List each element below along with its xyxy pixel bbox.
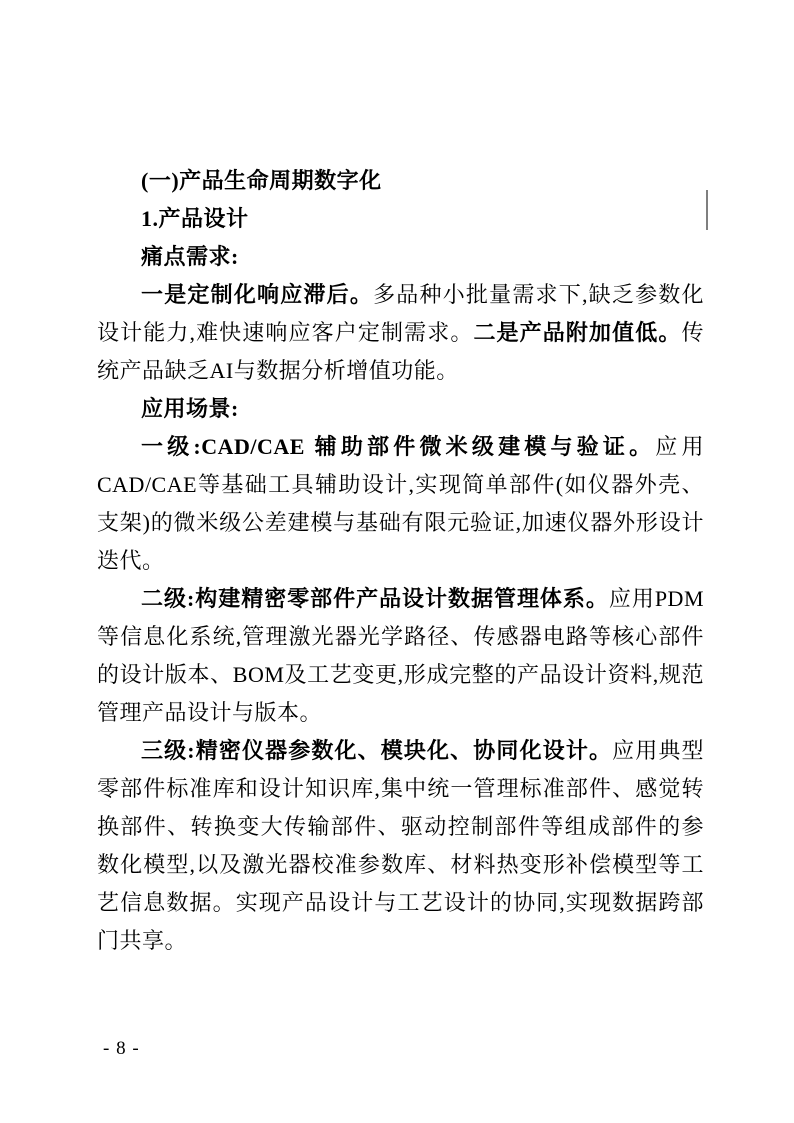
pain-points-label: 痛点需求: [97, 238, 704, 276]
page-number: - 8 - [103, 1035, 140, 1063]
application-scenes-label: 应用场景: [97, 390, 704, 428]
level3-bold-lead: 三级:精密仪器参数化、模块化、协同化设计。 [141, 738, 612, 763]
level2-paragraph: 二级:构建精密零部件产品设计数据管理体系。应用PDM等信息化系统,管理激光器光学… [97, 580, 704, 732]
level1-paragraph: 一级:CAD/CAE 辅助部件微米级建模与验证。应用CAD/CAE等基础工具辅助… [97, 428, 704, 580]
sub-heading: 1.产品设计 [97, 200, 704, 238]
level3-text: 应用典型零部件标准库和设计知识库,集中统一管理标准部件、感觉转换部件、转换变大传… [97, 738, 704, 953]
pain-points-paragraph: 一是定制化响应滞后。多品种小批量需求下,缺乏参数化设计能力,难快速响应客户定制需… [97, 276, 704, 390]
revision-mark-bar [706, 190, 708, 230]
document-body: (一)产品生命周期数字化 1.产品设计 痛点需求: 一是定制化响应滞后。多品种小… [97, 162, 704, 960]
document-page: (一)产品生命周期数字化 1.产品设计 痛点需求: 一是定制化响应滞后。多品种小… [0, 0, 794, 1123]
pain-bold-lead-2: 二是产品附加值低。 [473, 320, 681, 345]
level2-bold-lead: 二级:构建精密零部件产品设计数据管理体系。 [141, 586, 609, 611]
pain-bold-lead-1: 一是定制化响应滞后。 [141, 282, 373, 307]
section-heading: (一)产品生命周期数字化 [97, 162, 704, 200]
level1-bold-lead: 一级:CAD/CAE 辅助部件微米级建模与验证。 [141, 434, 655, 459]
level3-paragraph: 三级:精密仪器参数化、模块化、协同化设计。应用典型零部件标准库和设计知识库,集中… [97, 732, 704, 960]
